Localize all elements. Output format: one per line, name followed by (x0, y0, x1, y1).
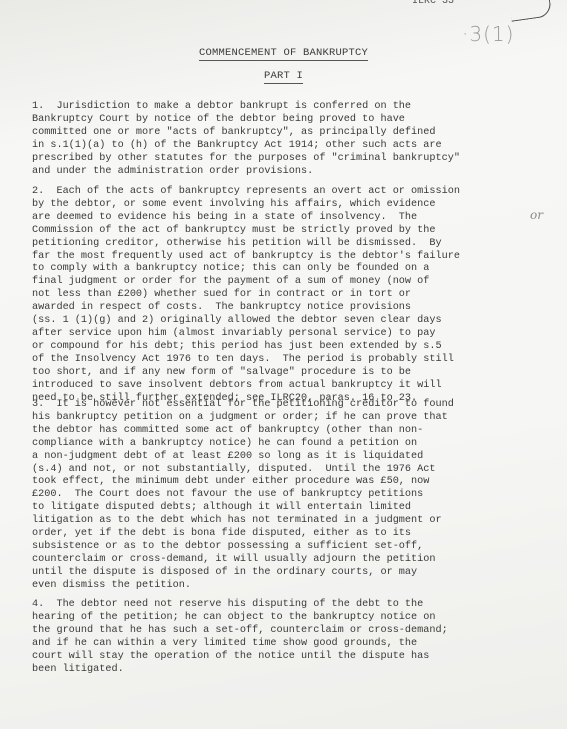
text-line: to litigate disputed debts; although it … (32, 502, 502, 515)
text-line: in s.1(1)(a) to (h) of the Bankruptcy Ac… (32, 140, 502, 153)
text-line: even dismiss the petition. (32, 580, 502, 593)
text-line: petitioning creditor, otherwise his peti… (32, 238, 502, 251)
text-line: 3. It is however not essential for the p… (32, 399, 502, 412)
text-line: Bankruptcy Court by notice of the debtor… (32, 114, 502, 127)
text-line: 1. Jurisdiction to make a debtor bankrup… (32, 101, 502, 114)
text-line: subsistence or as to the debtor possessi… (32, 541, 502, 554)
handwritten-number: ·3(1) (462, 22, 514, 46)
text-line: litigation as to the debt which has not … (32, 515, 502, 528)
text-line: took effect, the minimum debt under eith… (32, 476, 502, 489)
text-line: too short, and if any new form of "salva… (32, 367, 502, 380)
text-line: the ground that he has such a set-off, c… (32, 625, 502, 638)
text-line: until the dispute is disposed of in the … (32, 567, 502, 580)
text-line: hearing of the petition; he can object t… (32, 612, 502, 625)
text-line: (ss. 1 (1)(g) and 2) originally allowed … (32, 315, 502, 328)
text-line: prescribed by other statutes for the pur… (32, 153, 502, 166)
text-line: are deemed to evidence his being in a st… (32, 212, 502, 225)
handwritten-mark (509, 0, 553, 22)
text-line: 2. Each of the acts of bankruptcy repres… (32, 186, 502, 199)
text-line: by the debtor, or some event involving h… (32, 199, 502, 212)
text-line: order, yet if the debt is bona fide disp… (32, 528, 502, 541)
text-line: £200. The Court does not favour the use … (32, 489, 502, 502)
paragraph-4: 4. The debtor need not reserve his dispu… (32, 599, 502, 676)
paragraph-3: 3. It is however not essential for the p… (32, 399, 502, 593)
paragraph-2: 2. Each of the acts of bankruptcy repres… (32, 186, 502, 405)
text-line: after service upon him (almost invariabl… (32, 328, 502, 341)
text-line: 4. The debtor need not reserve his dispu… (32, 599, 502, 612)
document-page: ILRC 33 ·3(1) COMMENCEMENT OF BANKRUPTCY… (0, 0, 567, 729)
handwritten-margin-note: or (530, 208, 543, 222)
text-line: and if he can within a very limited time… (32, 638, 502, 651)
text-line: far the most frequently used act of bank… (32, 251, 502, 264)
text-line: or compound for his debt; this period ha… (32, 341, 502, 354)
text-line: compliance with a bankruptcy notice) he … (32, 438, 502, 451)
text-line: a non-judgment debt of at least £200 so … (32, 451, 502, 464)
text-line: his bankruptcy petition on a judgment or… (32, 412, 502, 425)
text-line: Commission of the act of bankruptcy must… (32, 225, 502, 238)
document-subtitle: PART I (0, 70, 567, 82)
text-line: court will stay the operation of the not… (32, 651, 502, 664)
text-line: awarded in respect of costs. The bankrup… (32, 302, 502, 315)
text-line: and under the administration order provi… (32, 166, 502, 179)
paragraph-1: 1. Jurisdiction to make a debtor bankrup… (32, 101, 502, 178)
text-line: not less than £200) whether sued for in … (32, 289, 502, 302)
text-line: final judgment or order for the payment … (32, 276, 502, 289)
text-line: been litigated. (32, 664, 502, 677)
text-line: the debtor has committed some act of ban… (32, 425, 502, 438)
document-title: COMMENCEMENT OF BANKRUPTCY (0, 47, 567, 59)
text-line: (s.4) and not, or not substantially, dis… (32, 464, 502, 477)
text-line: to comply with a bankruptcy notice; this… (32, 263, 502, 276)
text-line: introduced to save insolvent debtors fro… (32, 380, 502, 393)
text-line: of the Insolvency Act 1976 to ten days. … (32, 354, 502, 367)
document-reference: ILRC 33 (412, 0, 454, 7)
text-line: counterclaim or cross-demand, it will us… (32, 554, 502, 567)
text-line: committed one or more "acts of bankruptc… (32, 127, 502, 140)
